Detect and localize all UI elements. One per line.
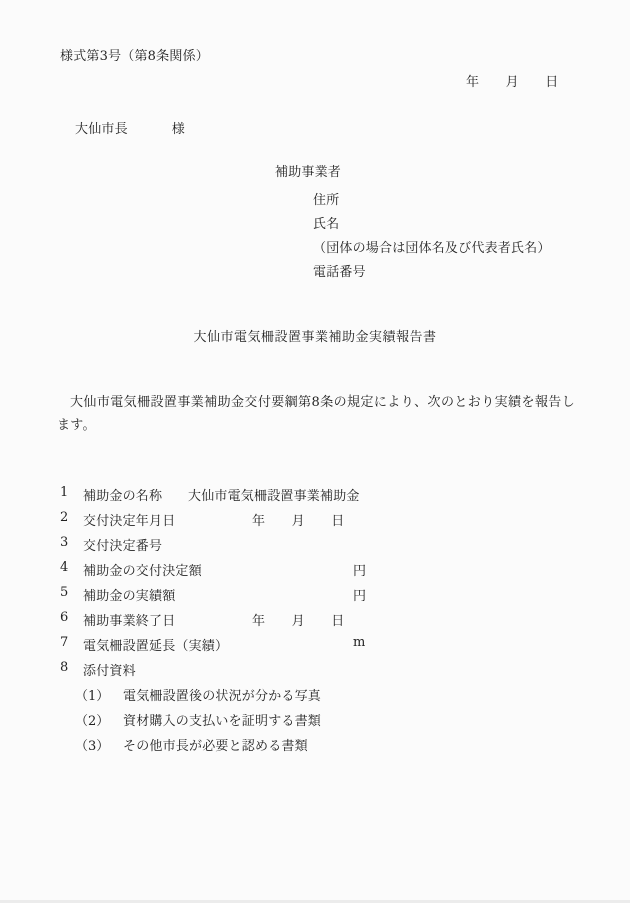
item-number: 1 xyxy=(60,485,68,500)
item-label: 補助金の名称 xyxy=(83,485,162,504)
item-value: 円 xyxy=(353,585,366,604)
applicant-heading: 補助事業者 xyxy=(275,161,341,180)
item-number: 2 xyxy=(60,510,68,525)
report-item-4: 4 補助金の交付決定額 円 xyxy=(0,560,630,585)
attachment-number: （1） xyxy=(75,685,109,704)
form-number: 様式第3号（第8条関係） xyxy=(60,45,209,64)
report-item-2: 2 交付決定年月日 年 月 日 xyxy=(0,510,630,535)
applicant-address-label: 住所 xyxy=(313,189,339,208)
attachment-label: 資材購入の支払いを証明する書類 xyxy=(123,710,321,729)
report-item-1: 1 補助金の名称 大仙市電気柵設置事業補助金 xyxy=(0,485,630,510)
attachment-item-2: （2） 資材購入の支払いを証明する書類 xyxy=(0,710,630,735)
item-number: 8 xyxy=(60,660,68,675)
applicant-name-label: 氏名 xyxy=(313,213,339,232)
attachment-item-1: （1） 電気柵設置後の状況が分かる写真 xyxy=(0,685,630,710)
item-value: 円 xyxy=(353,560,366,579)
report-item-8: 8 添付資料 xyxy=(0,660,630,685)
item-label: 電気柵設置延長（実績） xyxy=(83,635,228,654)
item-number: 6 xyxy=(60,610,68,625)
applicant-phone-label: 電話番号 xyxy=(313,261,366,280)
item-label: 添付資料 xyxy=(83,660,136,679)
item-label: 補助金の交付決定額 xyxy=(83,560,202,579)
applicant-name-note: （団体の場合は団体名及び代表者氏名） xyxy=(313,237,551,256)
report-item-3: 3 交付決定番号 xyxy=(0,535,630,560)
item-label: 交付決定番号 xyxy=(83,535,162,554)
item-number: 7 xyxy=(60,635,68,650)
item-number: 3 xyxy=(60,535,68,550)
addressee-line: 大仙市長 様 xyxy=(75,118,185,137)
item-label: 補助金の実績額 xyxy=(83,585,175,604)
attachment-label: その他市長が必要と認める書類 xyxy=(123,735,308,754)
body-paragraph: 大仙市電気柵設置事業補助金交付要綱第8条の規定により、次のとおり実績を報告します… xyxy=(57,391,575,437)
item-label: 補助事業終了日 xyxy=(83,610,175,629)
attachment-item-3: （3） その他市長が必要と認める書類 xyxy=(0,735,630,760)
report-form-page: 様式第3号（第8条関係） 年 月 日 大仙市長 様 補助事業者 住所 氏名 （団… xyxy=(0,0,630,903)
report-item-5: 5 補助金の実績額 円 xyxy=(0,585,630,610)
item-number: 4 xyxy=(60,560,68,575)
item-label: 交付決定年月日 xyxy=(83,510,175,529)
attachment-label: 電気柵設置後の状況が分かる写真 xyxy=(123,685,321,704)
item-value: 年 月 日 xyxy=(252,510,344,529)
attachment-number: （2） xyxy=(75,710,109,729)
item-value: 大仙市電気柵設置事業補助金 xyxy=(188,485,360,504)
report-item-7: 7 電気柵設置延長（実績） m xyxy=(0,635,630,660)
item-number: 5 xyxy=(60,585,68,600)
attachment-number: （3） xyxy=(75,735,109,754)
document-title: 大仙市電気柵設置事業補助金実績報告書 xyxy=(0,326,630,345)
report-item-list: 1 補助金の名称 大仙市電気柵設置事業補助金 2 交付決定年月日 年 月 日 3… xyxy=(0,485,630,760)
report-item-6: 6 補助事業終了日 年 月 日 xyxy=(0,610,630,635)
item-value: m xyxy=(353,635,366,650)
item-value: 年 月 日 xyxy=(252,610,344,629)
header-date-line: 年 月 日 xyxy=(466,71,558,90)
